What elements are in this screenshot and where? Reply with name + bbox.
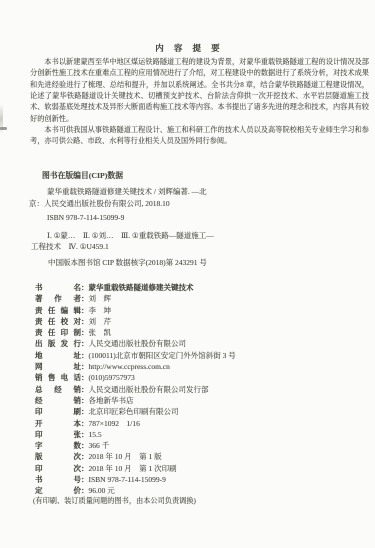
summary-paragraph: 本书可供我国从事铁路隧道工程设计、施工和科研工作的技术人员以及高等院校相关专业师… <box>30 125 369 148</box>
book-copyright-page: 内 容 提 要 本书以新建蒙西至华中地区煤运铁路隧道工程的建设为背景，对蒙华重载… <box>0 0 375 548</box>
row-value: 2018 年 10 月 第 1 次印刷 <box>89 464 177 473</box>
colophon: 书名：蒙华重载铁路隧道修建关键技术 著作者：刘 辉 责任编辑：李 坤 责任校对：… <box>35 282 365 497</box>
row-label: 销售电话 <box>35 372 81 383</box>
row-colon: ： <box>81 384 89 395</box>
cip-classification-line-2: 工程技术 Ⅳ. ①U459.1 <box>31 241 371 252</box>
row-label: 著作者 <box>35 293 81 304</box>
row-label: 总经销 <box>35 384 81 395</box>
row-value: 北京印匠彩色印刷有限公司 <box>89 407 179 416</box>
colophon-row-isbn: 书号：ISBN 978-7-114-15099-9 <box>35 474 365 485</box>
row-label: 责任印制 <box>35 327 81 338</box>
row-value: 人民交通出版社股份有限公司 <box>89 339 187 348</box>
row-label: 书名 <box>35 282 81 293</box>
row-colon: ： <box>81 406 89 417</box>
scan-artifact <box>0 127 7 130</box>
colophon-row-impression: 印次：2018 年 10 月 第 1 次印刷 <box>35 463 365 474</box>
row-colon: ： <box>81 463 89 474</box>
colophon-row-price: 定价：96.00 元 <box>35 485 365 496</box>
row-colon: ： <box>81 305 89 316</box>
row-value: 2018 年 10 月 第 1 版 <box>89 452 162 461</box>
colophon-row-print-supervisor: 责任印制：张 凯 <box>35 327 365 338</box>
row-label: 定价 <box>35 485 81 496</box>
content-summary-title: 内 容 提 要 <box>0 42 375 54</box>
row-value: 787×1092 1/16 <box>89 419 140 428</box>
row-colon: ： <box>81 282 89 293</box>
row-colon: ： <box>81 327 89 338</box>
row-value: (100011)北京市朝阳区安定门外外馆斜街 3 号 <box>89 351 236 360</box>
row-colon: ： <box>81 429 89 440</box>
row-value: 李 坤 <box>89 306 112 315</box>
row-label: 印次 <box>35 463 81 474</box>
row-value: (010)59757973 <box>89 373 135 382</box>
row-label: 书号 <box>35 474 81 485</box>
row-label: 字数 <box>35 440 81 451</box>
colophon-row-edition: 版次：2018 年 10 月 第 1 版 <box>35 451 365 462</box>
row-colon: ： <box>81 440 89 451</box>
summary-paragraph: 本书以新建蒙西至华中地区煤运铁路隧道工程的建设为背景，对蒙华重载铁路隧道工程的设… <box>30 57 369 125</box>
colophon-row-managing-editor: 责任编辑：李 坤 <box>35 305 365 316</box>
row-colon: ： <box>81 293 89 304</box>
cip-book-line-2: 京：人民交通出版社股份有限公司, 2018.10 <box>29 198 371 209</box>
colophon-row-word-count: 字数：366 千 <box>35 440 365 451</box>
scan-artifact <box>0 104 3 134</box>
row-label: 版次 <box>35 451 81 462</box>
colophon-row-publisher: 出版发行：人民交通出版社股份有限公司 <box>35 338 365 349</box>
colophon-row-printer: 印刷：北京印匠彩色印刷有限公司 <box>35 406 365 417</box>
row-colon: ： <box>81 485 89 496</box>
colophon-row-general-distributor: 总经销：人民交通出版社股份有限公司发行部 <box>35 384 365 395</box>
cip-isbn: ISBN 978-7-114-15099-9 <box>47 212 371 223</box>
row-label: 印刷 <box>35 406 81 417</box>
content-summary: 本书以新建蒙西至华中地区煤运铁路隧道工程的建设为背景，对蒙华重载铁路隧道工程的设… <box>30 57 369 148</box>
colophon-row-website: 网址：http://www.ccpress.com.cn <box>35 361 365 372</box>
row-label: 责任校对 <box>35 316 81 327</box>
colophon-row-distributor: 经销：各地新华书店 <box>35 395 365 406</box>
cip-section: 图书在版编目(CIP)数据 蒙华重载铁路隧道修建关键技术 / 刘辉编著. —北 … <box>29 170 371 269</box>
row-value: 刘 辉 <box>89 294 112 303</box>
colophon-row-proofreader: 责任校对：刘 芹 <box>35 316 365 327</box>
row-label: 开本 <box>35 418 81 429</box>
row-colon: ： <box>81 338 89 349</box>
colophon-row-sheets: 印张：15.5 <box>35 429 365 440</box>
row-value: 15.5 <box>89 430 102 439</box>
row-colon: ： <box>81 372 89 383</box>
row-value: 366 千 <box>89 441 110 450</box>
row-colon: ： <box>81 474 89 485</box>
row-colon: ： <box>81 361 89 372</box>
row-value: 张 凯 <box>89 328 112 337</box>
row-label: 责任编辑 <box>35 305 81 316</box>
cip-book-line-1: 蒙华重载铁路隧道修建关键技术 / 刘辉编著. —北 <box>47 186 371 197</box>
cip-record-number: 中国版本图书馆 CIP 数据核字(2018)第 243291 号 <box>48 257 371 268</box>
row-value: 96.00 元 <box>89 486 115 495</box>
colophon-row-author: 著作者：刘 辉 <box>35 293 365 304</box>
colophon-row-address: 地址：(100011)北京市朝阳区安定门外外馆斜街 3 号 <box>35 350 365 361</box>
row-value: http://www.ccpress.com.cn <box>89 362 170 371</box>
row-colon: ： <box>81 418 89 429</box>
row-value: 人民交通出版社股份有限公司发行部 <box>89 385 209 394</box>
row-value: 刘 芹 <box>89 317 112 326</box>
row-label: 地址 <box>35 350 81 361</box>
row-colon: ： <box>81 316 89 327</box>
row-value: 蒙华重载铁路隧道修建关键技术 <box>89 283 194 292</box>
row-label: 印张 <box>35 429 81 440</box>
row-label: 经销 <box>35 395 81 406</box>
row-label: 出版发行 <box>35 338 81 349</box>
row-colon: ： <box>81 451 89 462</box>
row-colon: ： <box>81 395 89 406</box>
colophon-row-book-title: 书名：蒙华重载铁路隧道修建关键技术 <box>35 282 365 293</box>
colophon-row-format: 开本：787×1092 1/16 <box>35 418 365 429</box>
row-label: 网址 <box>35 361 81 372</box>
row-colon: ： <box>81 350 89 361</box>
quality-exchange-note: (有印刷、装订质量问题的图书，由本公司负责调换) <box>33 496 196 507</box>
cip-classification-line-1: Ⅰ. ①蒙… Ⅱ. ①刘… Ⅲ. ①重载铁路—隧道施工— <box>47 230 371 241</box>
colophon-row-sales-phone: 销售电话：(010)59757973 <box>35 372 365 383</box>
row-value: ISBN 978-7-114-15099-9 <box>89 475 166 484</box>
cip-heading: 图书在版编目(CIP)数据 <box>42 170 371 181</box>
row-value: 各地新华书店 <box>89 396 134 405</box>
